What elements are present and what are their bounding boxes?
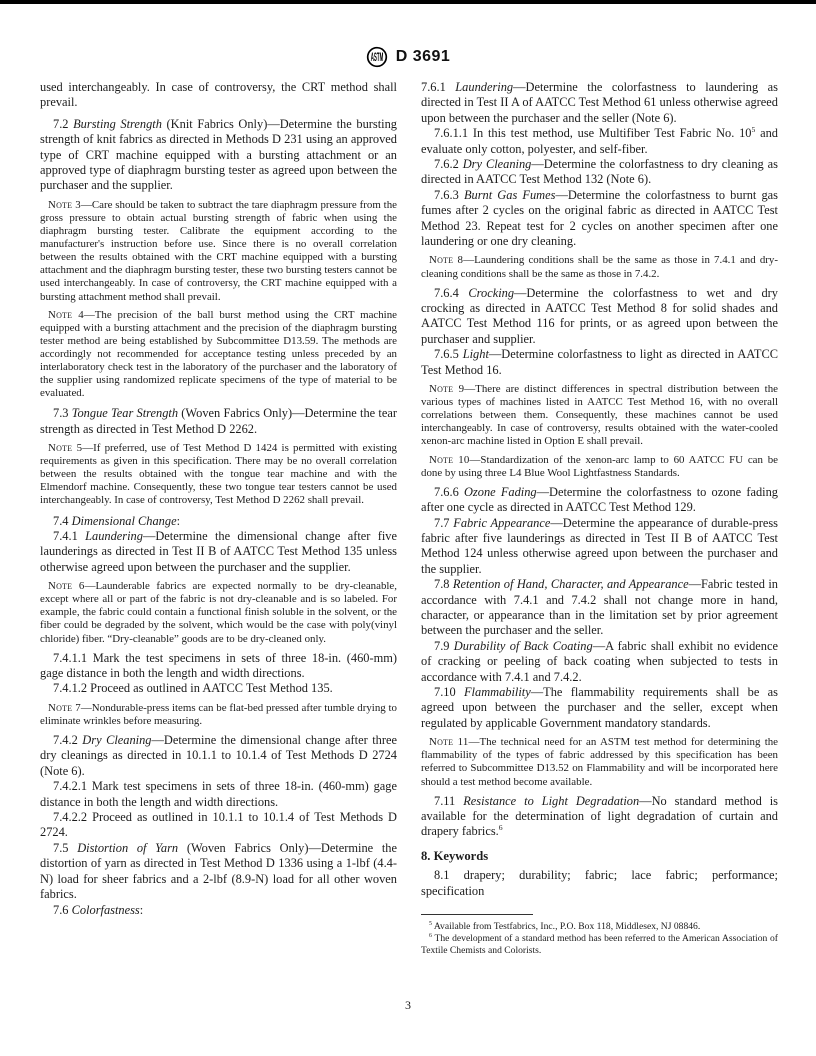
- astm-logo-icon: ASTM: [366, 46, 388, 68]
- section-number: 7.4.2.1: [53, 779, 92, 793]
- section-7-2: 7.2 Bursting Strength (Knit Fabrics Only…: [40, 117, 397, 194]
- section-7-6-1: 7.6.1 Laundering—Determine the colorfast…: [421, 80, 778, 126]
- section-7-3: 7.3 Tongue Tear Strength (Woven Fabrics …: [40, 406, 397, 437]
- svg-text:ASTM: ASTM: [370, 52, 383, 64]
- doc-number: D 3691: [396, 48, 451, 66]
- section-7-6-5: 7.6.5 Light—Determine colorfastness to l…: [421, 347, 778, 378]
- section-number: 7.4.1.2: [53, 681, 90, 695]
- section-title: Laundering: [455, 80, 513, 94]
- section-number: 7.4: [53, 514, 72, 528]
- section-7-10: 7.10 Flammability—The flammability requi…: [421, 685, 778, 731]
- section-number: 7.9: [434, 639, 454, 653]
- note-7: Note 7—Nondurable-press items can be fla…: [40, 702, 397, 728]
- section-7-6-2: 7.6.2 Dry Cleaning—Determine the colorfa…: [421, 157, 778, 188]
- section-7-11: 7.11 Resistance to Light Degradation—No …: [421, 794, 778, 840]
- right-column: 7.6.1 Laundering—Determine the colorfast…: [421, 80, 778, 956]
- section-number: 7.6.6: [434, 485, 464, 499]
- section-7-6: 7.6 Colorfastness:: [40, 903, 397, 918]
- page-header: ASTM D 3691: [0, 46, 816, 68]
- section-7-6-1-1: 7.6.1.1 In this test method, use Multifi…: [421, 126, 778, 157]
- section-number: 7.10: [434, 685, 464, 699]
- page-number: 3: [0, 998, 816, 1013]
- section-number: 7.6.1.1: [434, 126, 473, 140]
- note-10: Note 10—Standardization of the xenon-arc…: [421, 454, 778, 480]
- footnote-text: The development of a standard method has…: [421, 933, 778, 956]
- section-number: 8.1: [434, 868, 464, 882]
- note-label: Note 6: [48, 580, 85, 592]
- note-text: —Nondurable-press items can be flat-bed …: [40, 702, 397, 727]
- section-number: 7.6: [53, 903, 72, 917]
- section-number: 7.4.2: [53, 733, 82, 747]
- section-title: Bursting Strength: [73, 117, 162, 131]
- footnote-block: 5 Available from Testfabrics, Inc., P.O.…: [421, 914, 778, 956]
- note-label: Note 3: [48, 199, 81, 211]
- section-number: 7.7: [434, 516, 453, 530]
- note-text: —Laundering conditions shall be the same…: [421, 254, 778, 279]
- section-number: 7.4.1: [53, 529, 85, 543]
- section-7-4-1-2: 7.4.1.2 Proceed as outlined in AATCC Tes…: [40, 681, 397, 696]
- section-title: Colorfastness: [72, 903, 140, 917]
- section-number: 7.6.1: [421, 80, 455, 94]
- section-title: Distortion of Yarn: [77, 841, 178, 855]
- section-7-5: 7.5 Distortion of Yarn (Woven Fabrics On…: [40, 841, 397, 903]
- paragraph-text: used interchangeably. In case of controv…: [40, 80, 397, 109]
- section-title: Durability of Back Coating: [454, 639, 593, 653]
- section-title: Flammability: [464, 685, 531, 699]
- note-8: Note 8—Laundering conditions shall be th…: [421, 254, 778, 280]
- section-title: Dimensional Change: [72, 514, 177, 528]
- note-label: Note 11: [429, 736, 469, 748]
- section-7-4-2: 7.4.2 Dry Cleaning—Determine the dimensi…: [40, 733, 397, 779]
- footnote-5: 5 Available from Testfabrics, Inc., P.O.…: [421, 921, 778, 933]
- note-11: Note 11—The technical need for an ASTM t…: [421, 736, 778, 788]
- section-number: 7.8: [434, 577, 453, 591]
- footnote-text: Available from Testfabrics, Inc., P.O. B…: [432, 921, 700, 932]
- section-7-7: 7.7 Fabric Appearance—Determine the appe…: [421, 516, 778, 578]
- section-7-4: 7.4 Dimensional Change:: [40, 514, 397, 529]
- section-title: Dry Cleaning: [463, 157, 532, 171]
- section-number: 7.2: [53, 117, 73, 131]
- section-text: :: [177, 514, 180, 528]
- section-number: 7.6.5: [434, 347, 463, 361]
- note-9: Note 9—There are distinct differences in…: [421, 383, 778, 448]
- two-column-text: used interchangeably. In case of controv…: [40, 80, 778, 956]
- note-text: —The precision of the ball burst method …: [40, 309, 397, 400]
- section-title: Fabric Appearance: [453, 516, 550, 530]
- section-title: Dry Cleaning: [82, 733, 151, 747]
- section-number: 7.6.3: [434, 188, 464, 202]
- section-number: 7.5: [53, 841, 77, 855]
- section-text: :: [140, 903, 143, 917]
- section-text: Mark the test specimens in sets of three…: [40, 651, 397, 680]
- section-number: 7.6.2: [434, 157, 463, 171]
- note-label: Note 10: [429, 454, 470, 466]
- footnote-divider: [421, 914, 533, 915]
- note-3: Note 3—Care should be taken to subtract …: [40, 199, 397, 304]
- note-label: Note 9: [429, 383, 464, 395]
- section-7-6-4: 7.6.4 Crocking—Determine the colorfastne…: [421, 286, 778, 348]
- section-number: 7.3: [53, 406, 72, 420]
- left-column: used interchangeably. In case of controv…: [40, 80, 397, 956]
- note-text: —Launderable fabrics are expected normal…: [40, 580, 397, 644]
- paragraph-continuation: used interchangeably. In case of controv…: [40, 80, 397, 111]
- note-5: Note 5—If preferred, use of Test Method …: [40, 442, 397, 507]
- footnote-ref-6: 6: [499, 823, 503, 832]
- section-text: drapery; durability; fabric; lace fabric…: [421, 868, 778, 897]
- section-text: Mark test specimens in sets of three 18-…: [40, 779, 397, 808]
- section-title: Laundering: [85, 529, 143, 543]
- section-text: Proceed as outlined in AATCC Test Method…: [90, 681, 333, 695]
- note-text: —The technical need for an ASTM test met…: [421, 736, 778, 787]
- section-title: Retention of Hand, Character, and Appear…: [453, 577, 689, 591]
- section-title: Crocking: [468, 286, 514, 300]
- section-7-4-1-1: 7.4.1.1 Mark the test specimens in sets …: [40, 651, 397, 682]
- section-7-6-6: 7.6.6 Ozone Fading—Determine the colorfa…: [421, 485, 778, 516]
- section-7-4-2-2: 7.4.2.2 Proceed as outlined in 10.1.1 to…: [40, 810, 397, 841]
- section-7-4-2-1: 7.4.2.1 Mark test specimens in sets of t…: [40, 779, 397, 810]
- section-text: In this test method, use Multifiber Test…: [473, 126, 752, 140]
- section-number: 7.4.1.1: [53, 651, 93, 665]
- section-7-8: 7.8 Retention of Hand, Character, and Ap…: [421, 577, 778, 639]
- section-7-4-1: 7.4.1 Laundering—Determine the dimension…: [40, 529, 397, 575]
- note-text: —Care should be taken to subtract the ta…: [40, 199, 397, 303]
- footnote-6: 6 The development of a standard method h…: [421, 933, 778, 957]
- section-text: Proceed as outlined in 10.1.1 to 10.1.4 …: [40, 810, 397, 839]
- section-7-9: 7.9 Durability of Back Coating—A fabric …: [421, 639, 778, 685]
- note-4: Note 4—The precision of the ball burst m…: [40, 309, 397, 401]
- note-text: —Standardization of the xenon-arc lamp t…: [421, 454, 778, 479]
- section-title: Ozone Fading: [464, 485, 537, 499]
- section-title: Light: [463, 347, 489, 361]
- section-title: Burnt Gas Fumes: [464, 188, 556, 202]
- document-page: ASTM D 3691 used interchangeably. In cas…: [0, 0, 816, 1056]
- section-number: 7.6.4: [434, 286, 468, 300]
- note-6: Note 6—Launderable fabrics are expected …: [40, 580, 397, 645]
- section-8-1: 8.1 drapery; durability; fabric; lace fa…: [421, 868, 778, 899]
- note-label: Note 4: [48, 309, 84, 321]
- keywords-heading: 8. Keywords: [421, 849, 778, 864]
- note-text: —If preferred, use of Test Method D 1424…: [40, 442, 397, 506]
- section-number: 7.11: [434, 794, 463, 808]
- note-label: Note 7: [48, 702, 81, 714]
- section-title: Resistance to Light Degradation: [463, 794, 639, 808]
- note-text: —There are distinct differences in spect…: [421, 383, 778, 447]
- note-label: Note 5: [48, 442, 82, 454]
- section-number: 7.4.2.2: [53, 810, 92, 824]
- section-7-6-3: 7.6.3 Burnt Gas Fumes—Determine the colo…: [421, 188, 778, 250]
- page-top-rule: [0, 0, 816, 4]
- section-title: Tongue Tear Strength: [72, 406, 178, 420]
- note-label: Note 8: [429, 254, 463, 266]
